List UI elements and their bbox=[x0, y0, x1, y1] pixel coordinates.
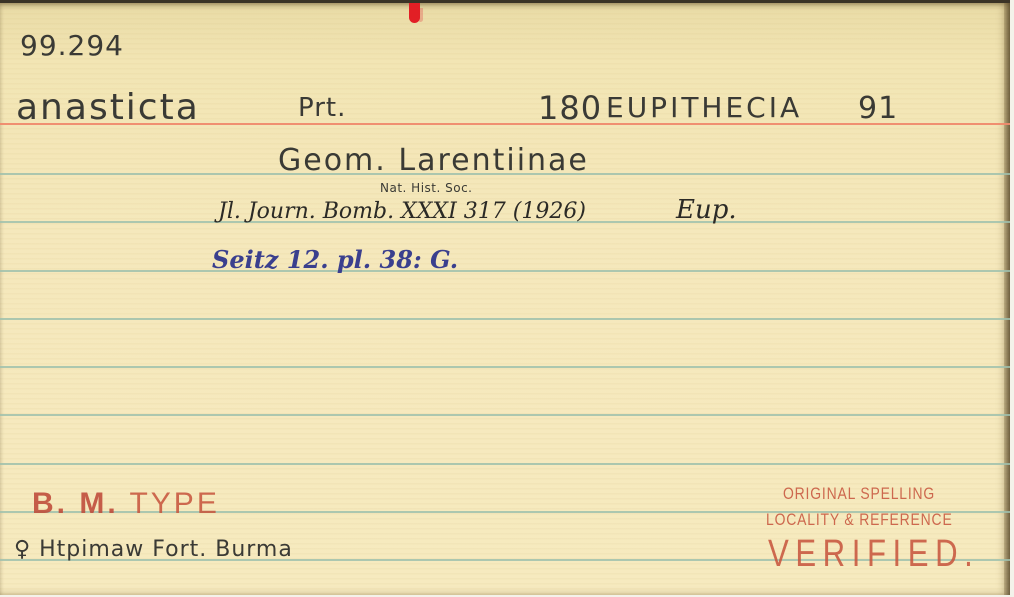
ruled-line bbox=[0, 270, 1010, 272]
family-subfamily: Geom. Larentiinae bbox=[278, 143, 589, 178]
index-card: 99.294 anasticta Prt. 180 EUPITHECIA 91 … bbox=[0, 0, 1010, 595]
red-tab-marker bbox=[409, 3, 420, 23]
verification-stamp-line1: ORIGINAL SPELLING bbox=[783, 484, 935, 504]
verification-stamp-verified: VERIFIED. bbox=[768, 533, 979, 576]
genus-page-number: 91 bbox=[858, 91, 898, 126]
genus-name: EUPITHECIA bbox=[606, 91, 802, 124]
reference-genus-abbrev: Eup. bbox=[676, 195, 737, 225]
type-locality: ♀ Htpimaw Fort. Burma bbox=[14, 537, 293, 562]
ruled-line bbox=[0, 366, 1010, 368]
species-name: anasticta bbox=[16, 87, 200, 128]
ruled-line bbox=[0, 463, 1010, 465]
ruled-line bbox=[0, 414, 1010, 416]
publication-reference: Jl. Journ. Bomb. XXXI 317 (1926) bbox=[218, 199, 586, 224]
type-stamp-institution: B. M. bbox=[32, 487, 119, 520]
seitz-reference: Seitz 12. pl. 38: G. bbox=[212, 245, 458, 274]
verification-stamp-line2: LOCALITY & REFERENCE bbox=[766, 510, 953, 530]
type-stamp-label: TYPE bbox=[129, 487, 219, 520]
reference-insert: Nat. Hist. Soc. bbox=[380, 181, 472, 195]
genus-ref-number: 180 bbox=[538, 89, 602, 127]
register-number: 99.294 bbox=[20, 29, 124, 62]
type-stamp: B. M. TYPE bbox=[32, 487, 220, 521]
species-author: Prt. bbox=[298, 93, 346, 123]
card-edge-shadow bbox=[1004, 3, 1010, 595]
ruled-line bbox=[0, 318, 1010, 320]
